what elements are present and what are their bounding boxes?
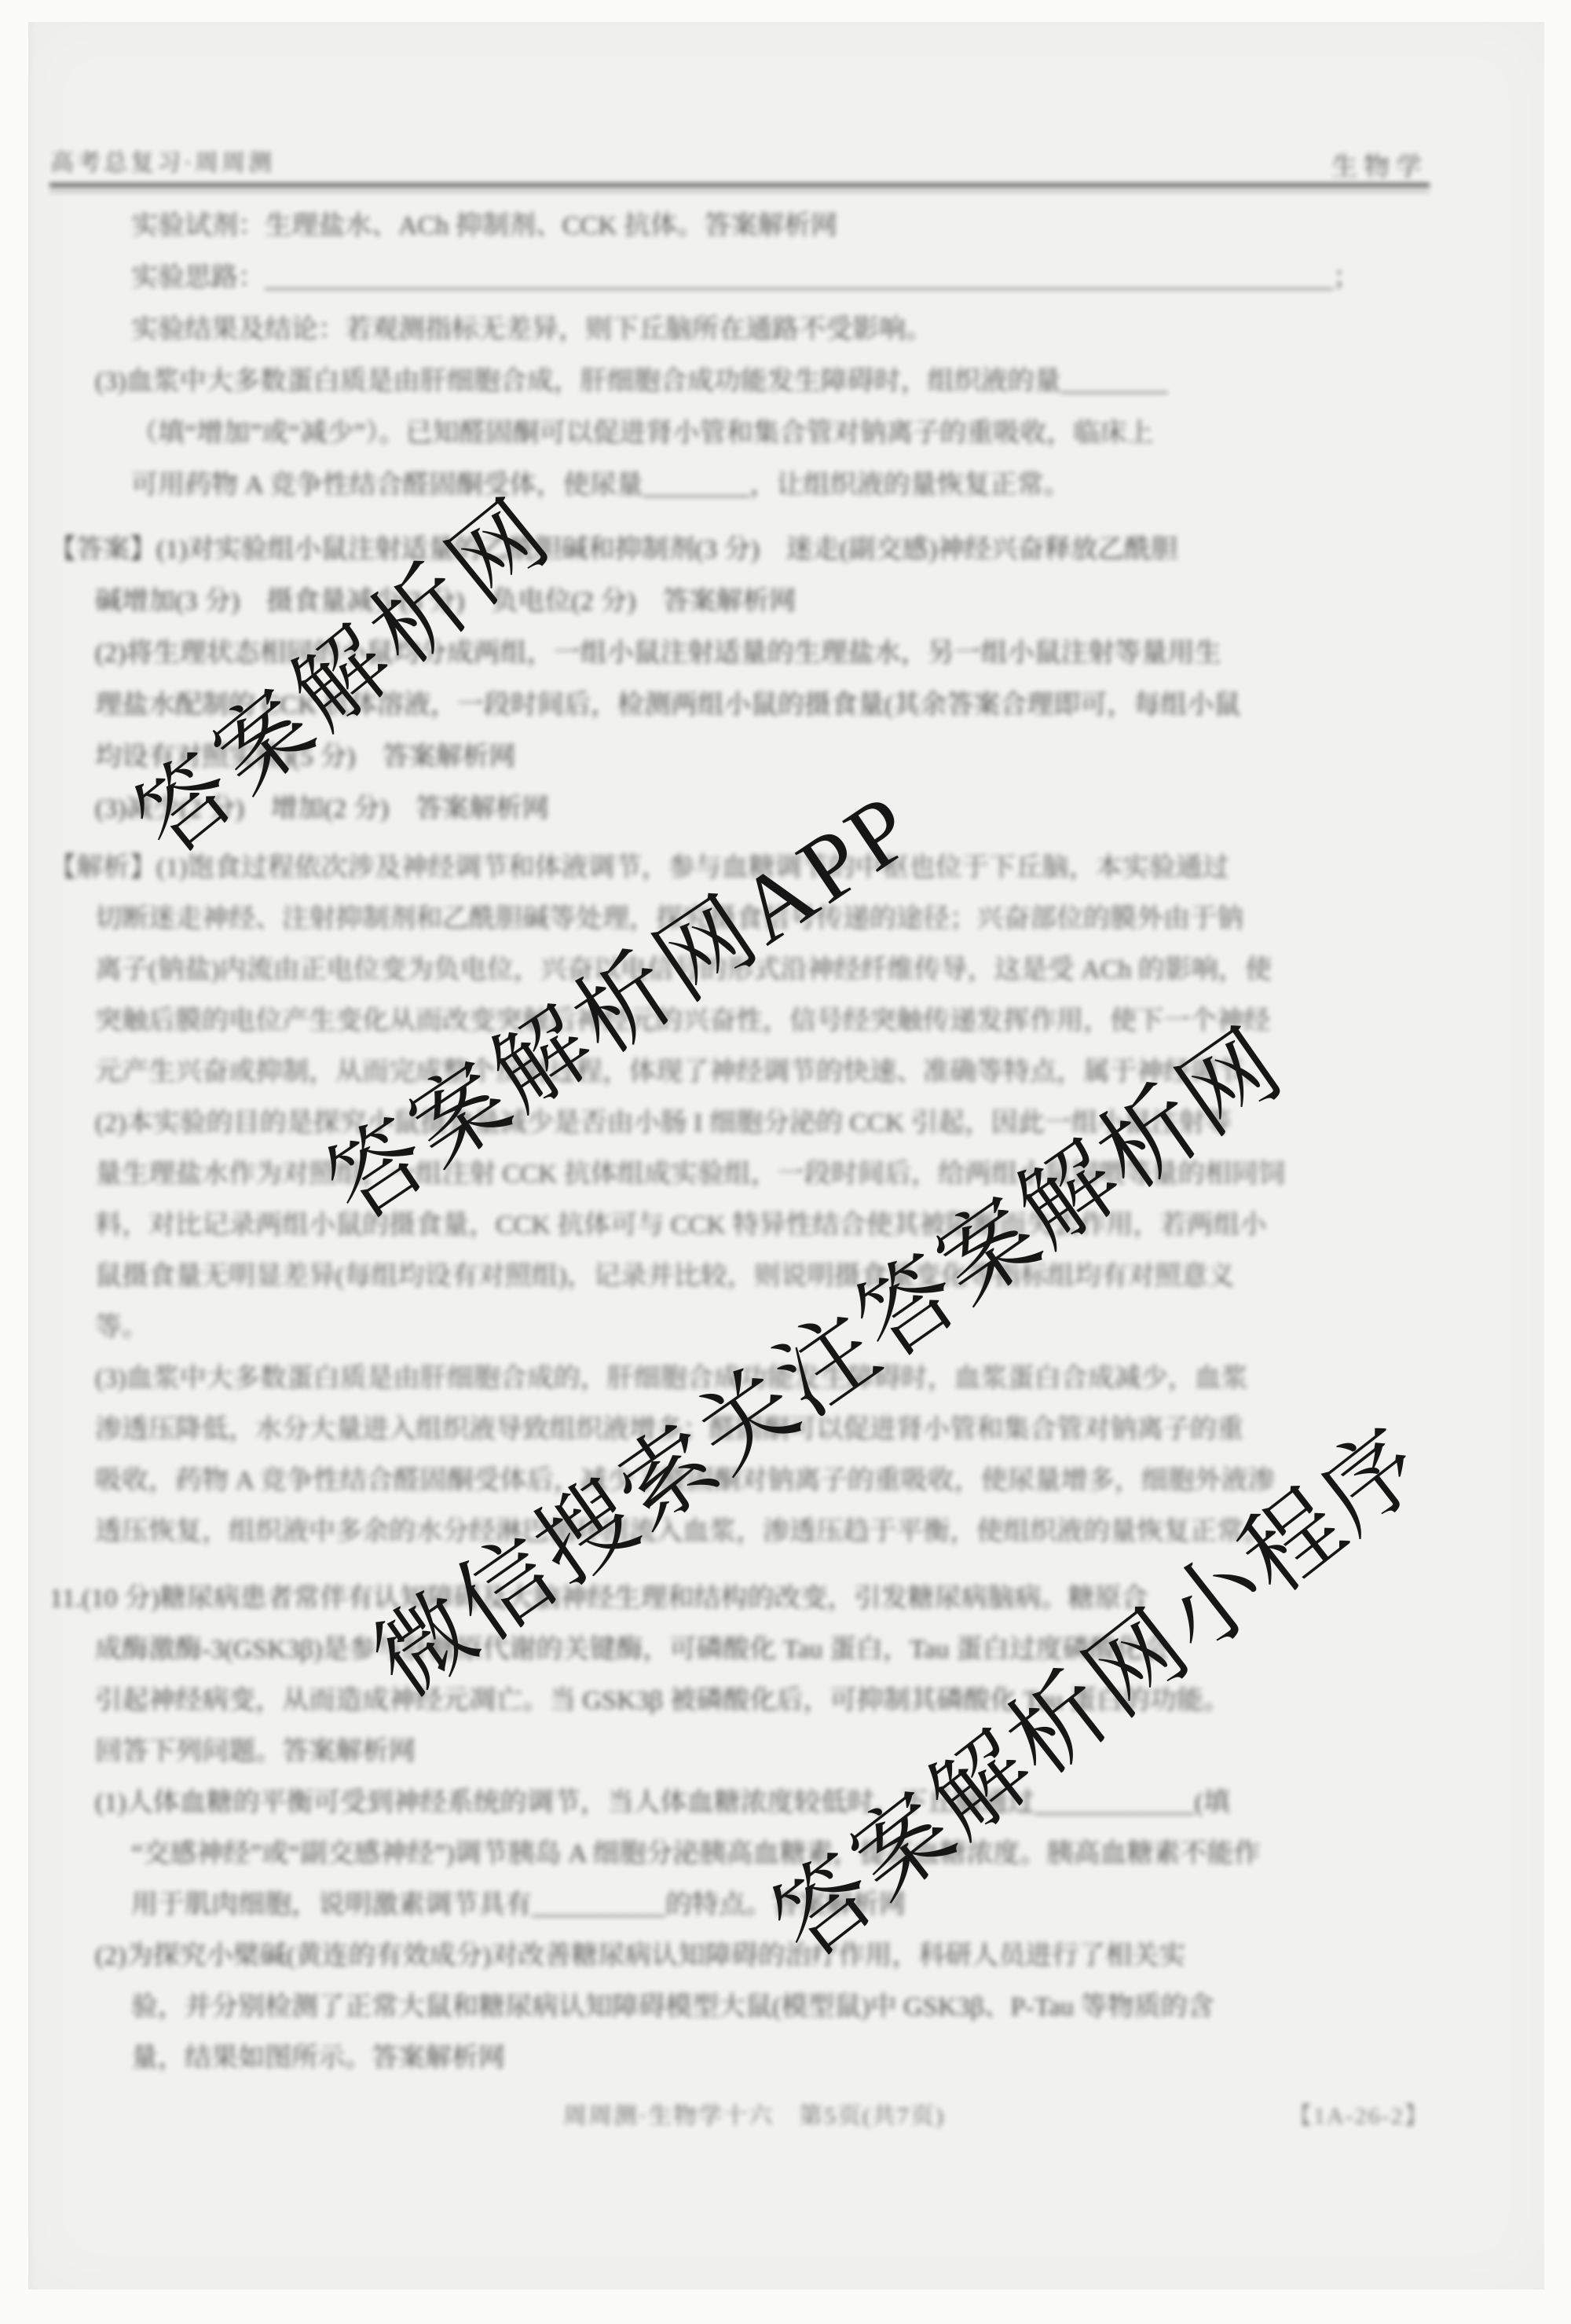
text-line: 可用药物 A 竞争性结合醛固酮受体，使尿量________，让组织液的量恢复正常… [49, 460, 1475, 511]
text-line: 突触后膜的电位产生变化从而改变突触后神经元的兴奋性，信号经突触传递发挥作用，使下… [49, 995, 1475, 1047]
footer-code: 【1A-26-2】 [1288, 2096, 1430, 2131]
section-question-11: 11.(10 分)糖尿病患者常伴有认知障碍及大脑神经生理和结构的改变，引发糖尿病… [49, 1573, 1475, 2084]
section-question-tail: 实验试剂：生理盐水、ACh 抑制剂、CCK 抗体。答案解析网实验思路：_____… [49, 200, 1475, 511]
text-line: 实验思路：___________________________________… [49, 252, 1475, 304]
text-line: 量，结果如图所示。答案解析网 [49, 2033, 1475, 2084]
text-line: (3)血浆中大多数蛋白质是由肝细胞合成，肝细胞合成功能发生障碍时，组织液的量__… [49, 356, 1475, 408]
text-line: (1)人体血糖的平衡可受到神经系统的调节，当人体血糖浓度较低时，下丘脑通过___… [49, 1777, 1475, 1828]
text-line: 鼠摄食量无明显差异(每组均设有对照组)，记录并比较，则说明摄食量变化等指标组均有… [49, 1251, 1475, 1302]
text-line: 引起神经病变，从而造成神经元凋亡。当 GSK3β 被磷酸化后，可抑制其磷酸化 T… [49, 1675, 1475, 1726]
text-line: 碱增加(3 分) 摄食量减少(3 分) 负电位(2 分) 答案解析网 [49, 576, 1475, 628]
header-right-subject: 生物学 [1331, 146, 1428, 183]
text-line: 【答案】(1)对实验组小鼠注射适量的乙酰胆碱和抑制剂(3 分) 迷走(副交感)神… [49, 524, 1475, 576]
text-line: 实验结果及结论：若观测指标无差异，则下丘脑所在通路不受影响。 [49, 304, 1475, 356]
text-line: （填“增加”或“减少”）。已知醛固酮可以促进肾小管和集合管对钠离子的重吸收，临床… [49, 408, 1475, 460]
text-line: 验，并分别检测了正常大鼠和糖尿病认知障碍模型大鼠(模型鼠)中 GSK3β、P-T… [49, 1981, 1475, 2033]
header-left-title: 高考总复习·周周测 [50, 143, 275, 178]
text-line: 回答下列问题。答案解析网 [49, 1726, 1475, 1777]
header-rule-thin [49, 191, 1430, 192]
text-line: 实验试剂：生理盐水、ACh 抑制剂、CCK 抗体。答案解析网 [49, 200, 1475, 252]
text-line: 量生理盐水作为对照组，一组注射 CCK 抗体组成实验组，一段时间后，给两组小鼠饲… [49, 1149, 1475, 1200]
footer-page-info: 周周测·生物学十六 第5页(共7页) [0, 2096, 1508, 2131]
header-rule-thick [49, 183, 1430, 187]
scanned-text-layer: 高考总复习·周周测 生物学 实验试剂：生理盐水、ACh 抑制剂、CCK 抗体。答… [0, 0, 1571, 2324]
text-line: (2)为探究小檗碱(黄连的有效成分)对改善糖尿病认知障碍的治疗作用，科研人员进行… [49, 1930, 1475, 1981]
text-line: 料，对比记录两组小鼠的摄食量，CCK 抗体可与 CCK 特异性结合使其被阻断而失… [49, 1200, 1475, 1251]
